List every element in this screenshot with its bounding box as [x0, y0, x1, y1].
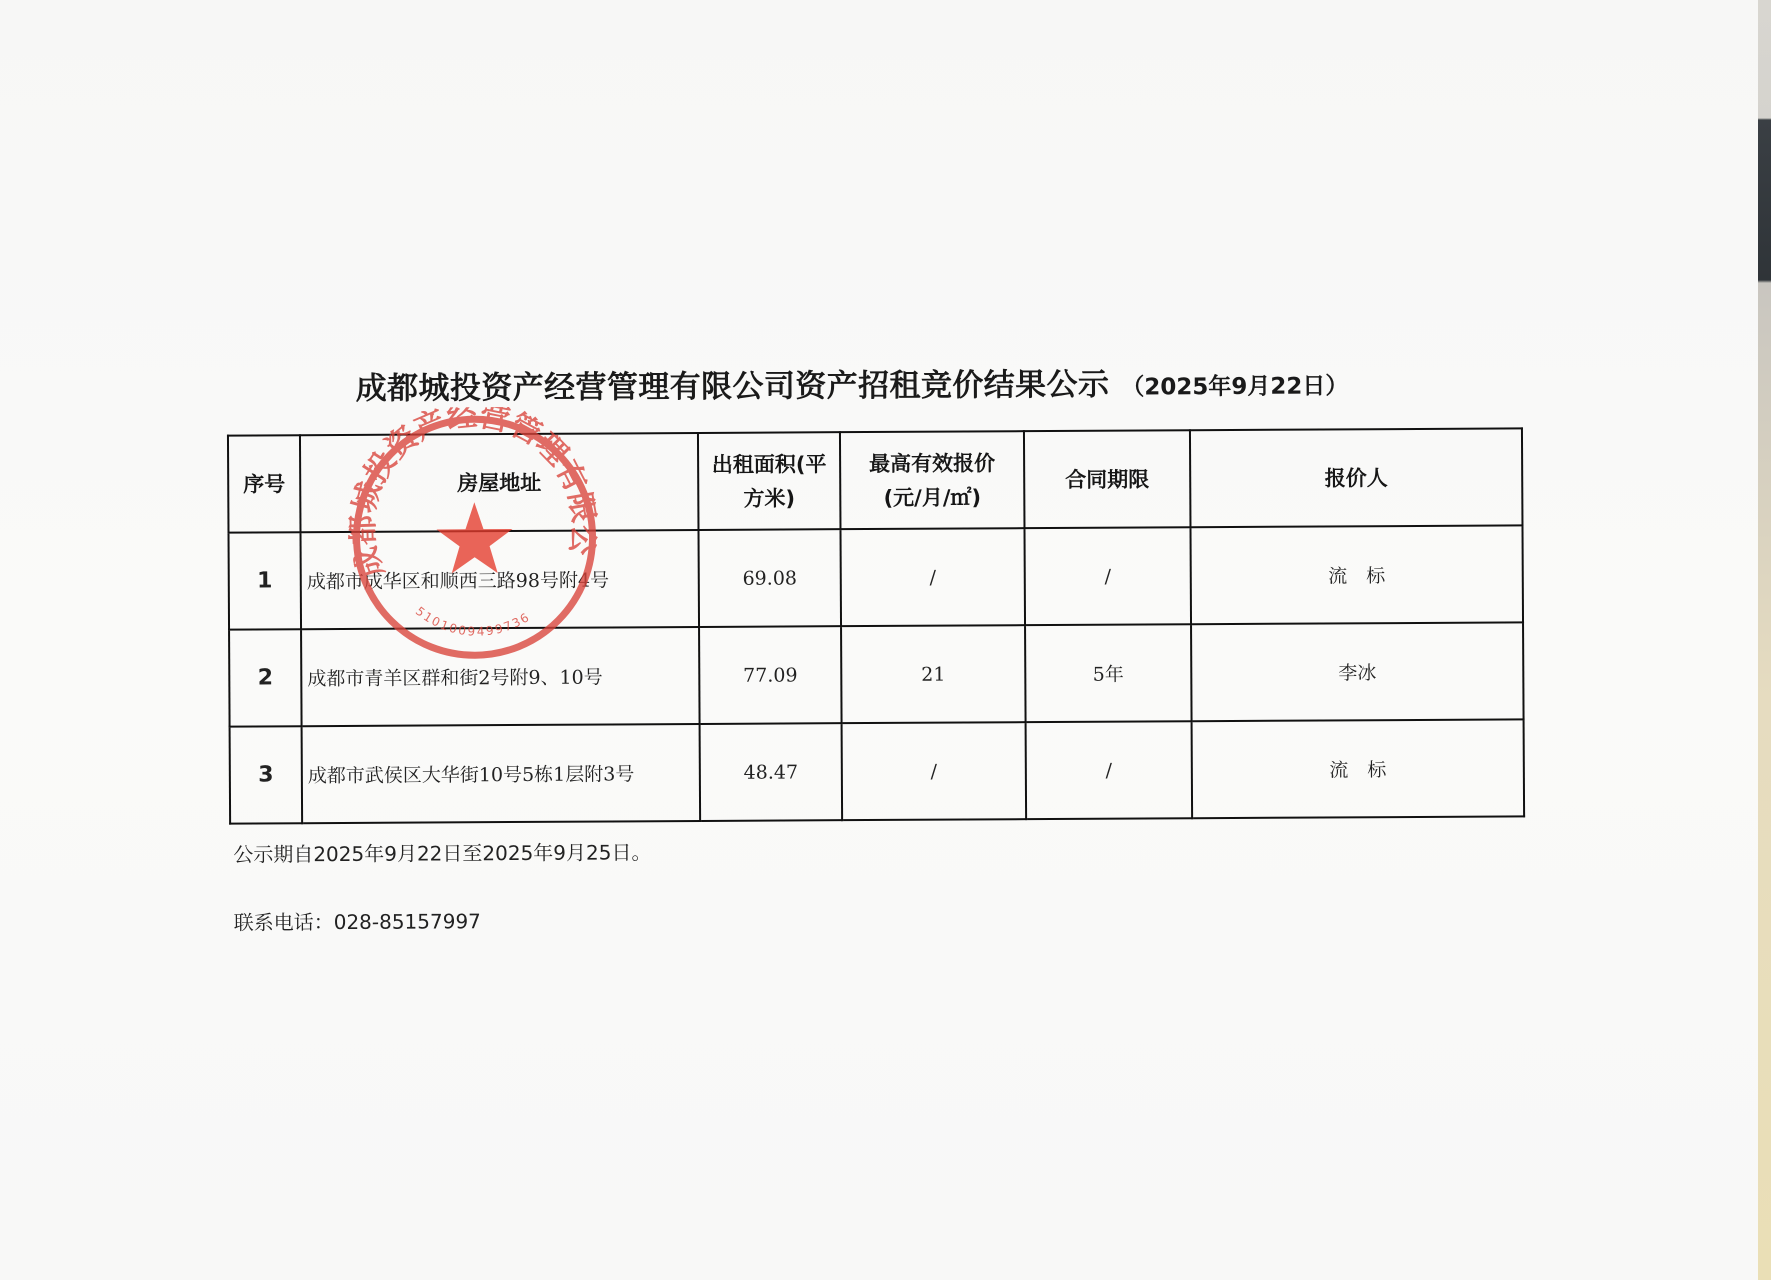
notice-document: 成都城投资产经营管理有限公司资产招租竞价结果公示（2025年9月22日） 序号 …: [0, 0, 1762, 1280]
cell-term: /: [1024, 527, 1191, 625]
cell-term: /: [1026, 721, 1193, 819]
header-term: 合同期限: [1024, 430, 1191, 528]
cell-address: 成都市成华区和顺西三路98号附4号: [301, 530, 700, 629]
cell-price: /: [840, 528, 1025, 626]
cell-seq: 2: [229, 629, 302, 726]
header-seq: 序号: [228, 435, 301, 532]
cell-seq: 3: [230, 726, 303, 823]
table-header-row: 序号 房屋地址 出租面积(平方米) 最高有效报价(元/月/㎡) 合同期限 报价人: [228, 428, 1523, 532]
notice-contact: 联系电话：028-85157997: [234, 905, 481, 935]
page-title: 成都城投资产经营管理有限公司资产招租竞价结果公示（2025年9月22日）: [356, 357, 1349, 408]
cell-term: 5年: [1025, 624, 1192, 722]
notice-period: 公示期自2025年9月22日至2025年9月25日。: [233, 836, 651, 867]
table-row: 1 成都市成华区和顺西三路98号附4号 69.08 / / 流 标: [229, 525, 1524, 629]
cell-bidder: 李冰: [1191, 622, 1524, 721]
title-text: 成都城投资产经营管理有限公司资产招租竞价结果公示: [356, 367, 1110, 407]
title-date: （2025年9月22日）: [1121, 373, 1348, 400]
cell-address: 成都市青羊区群和街2号附9、10号: [301, 627, 700, 726]
cell-area: 69.08: [698, 529, 841, 627]
table-row: 3 成都市武侯区大华街10号5栋1层附3号 48.47 / / 流 标: [230, 719, 1525, 823]
cell-bidder: 流 标: [1192, 719, 1525, 818]
cell-seq: 1: [229, 532, 302, 629]
cell-bidder: 流 标: [1190, 525, 1523, 624]
header-address: 房屋地址: [300, 433, 699, 532]
cell-area: 77.09: [699, 626, 842, 724]
cell-price: 21: [841, 625, 1026, 723]
header-price: 最高有效报价(元/月/㎡): [840, 431, 1025, 529]
cell-area: 48.47: [700, 723, 843, 821]
header-area: 出租面积(平方米): [698, 432, 841, 530]
cell-price: /: [842, 722, 1027, 820]
table-row: 2 成都市青羊区群和街2号附9、10号 77.09 21 5年 李冰: [229, 622, 1524, 726]
cell-address: 成都市武侯区大华街10号5栋1层附3号: [302, 724, 701, 823]
header-bidder: 报价人: [1190, 428, 1523, 527]
results-table: 序号 房屋地址 出租面积(平方米) 最高有效报价(元/月/㎡) 合同期限 报价人…: [227, 427, 1525, 824]
